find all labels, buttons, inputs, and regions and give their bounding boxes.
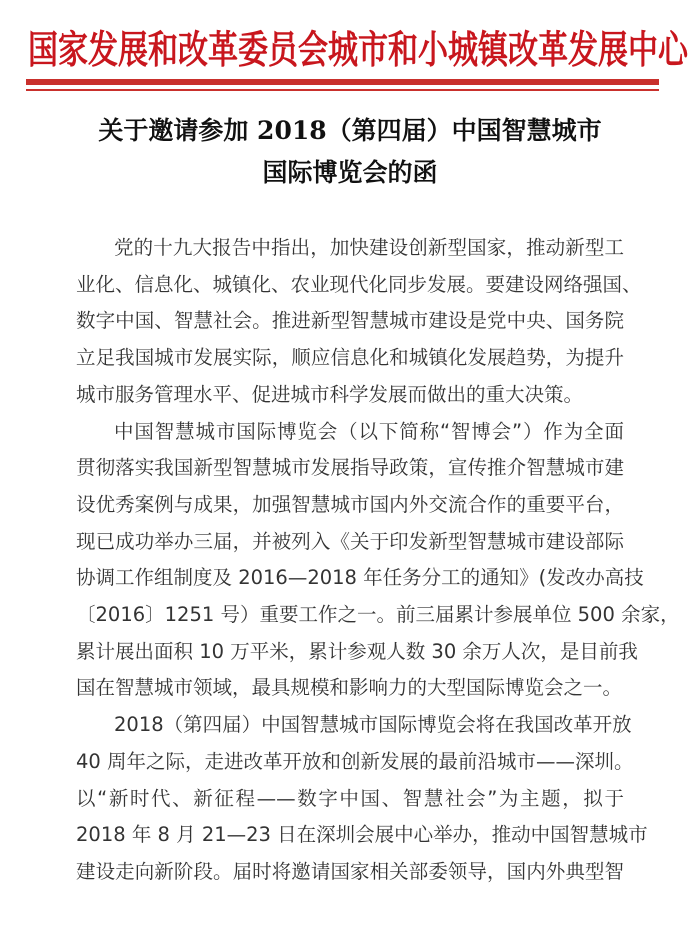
document-title: 关于邀请参加 2018（第四届）中国智慧城市 国际博览会的函 bbox=[0, 110, 700, 194]
letterhead-organization-name: 国家发展和改革委员会城市和小城镇改革发展中心 bbox=[28, 22, 668, 81]
document-title-line-1: 关于邀请参加 2018（第四届）中国智慧城市 bbox=[0, 110, 700, 152]
letterhead-divider-thin bbox=[26, 89, 659, 91]
text-line: 立足我国城市发展实际，顺应信息化和城镇化发展趋势，为提升 bbox=[76, 340, 624, 377]
letterhead: 国家发展和改革委员会城市和小城镇改革发展中心 bbox=[0, 0, 700, 100]
text-line: 2018 年 8 月 21—23 日在深圳会展中心举办，推动中国智慧城市 bbox=[76, 817, 624, 854]
text-line: 贯彻落实我国新型智慧城市发展指导政策，宣传推介智慧城市建 bbox=[76, 450, 624, 487]
paragraph-3: 2018（第四届）中国智慧城市国际博览会将在我国改革开放 40 周年之际，走进改… bbox=[76, 707, 624, 891]
text-line: 2018（第四届）中国智慧城市国际博览会将在我国改革开放 bbox=[76, 707, 624, 744]
text-line: 设优秀案例与成果，加强智慧城市国内外交流合作的重要平台， bbox=[76, 487, 624, 524]
text-line: 现已成功举办三届，并被列入《关于印发新型智慧城市建设部际 bbox=[76, 524, 624, 561]
text-line: 协调工作组制度及 2016—2018 年任务分工的通知》(发改办高技 bbox=[76, 560, 624, 597]
letterhead-divider-thick bbox=[26, 79, 659, 85]
document-body: 党的十九大报告中指出，加快建设创新型国家，推动新型工 业化、信息化、城镇化、农业… bbox=[76, 230, 624, 891]
text-line: 〔2016〕1251 号）重要工作之一。前三届累计参展单位 500 余家， bbox=[76, 597, 624, 634]
text-line: 累计展出面积 10 万平米，累计参观人数 30 余万人次，是目前我 bbox=[76, 634, 624, 671]
text-line: 城市服务管理水平、促进城市科学发展而做出的重大决策。 bbox=[76, 377, 624, 414]
paragraph-2: 中国智慧城市国际博览会（以下简称“智博会”）作为全面 贯彻落实我国新型智慧城市发… bbox=[76, 414, 624, 708]
text-line: 中国智慧城市国际博览会（以下简称“智博会”）作为全面 bbox=[76, 414, 624, 451]
paragraph-1: 党的十九大报告中指出，加快建设创新型国家，推动新型工 业化、信息化、城镇化、农业… bbox=[76, 230, 624, 414]
text-line: 40 周年之际，走进改革开放和创新发展的最前沿城市——深圳。 bbox=[76, 744, 624, 781]
text-line: 以“新时代、新征程——数字中国、智慧社会”为主题，拟于 bbox=[76, 781, 624, 818]
text-line: 数字中国、智慧社会。推进新型智慧城市建设是党中央、国务院 bbox=[76, 303, 624, 340]
text-line: 国在智慧城市领域，最具规模和影响力的大型国际博览会之一。 bbox=[76, 670, 624, 707]
text-line: 建设走向新阶段。届时将邀请国家相关部委领导，国内外典型智 bbox=[76, 854, 624, 891]
document-title-line-2: 国际博览会的函 bbox=[0, 152, 700, 194]
text-line: 业化、信息化、城镇化、农业现代化同步发展。要建设网络强国、 bbox=[76, 267, 624, 304]
text-line: 党的十九大报告中指出，加快建设创新型国家，推动新型工 bbox=[76, 230, 624, 267]
